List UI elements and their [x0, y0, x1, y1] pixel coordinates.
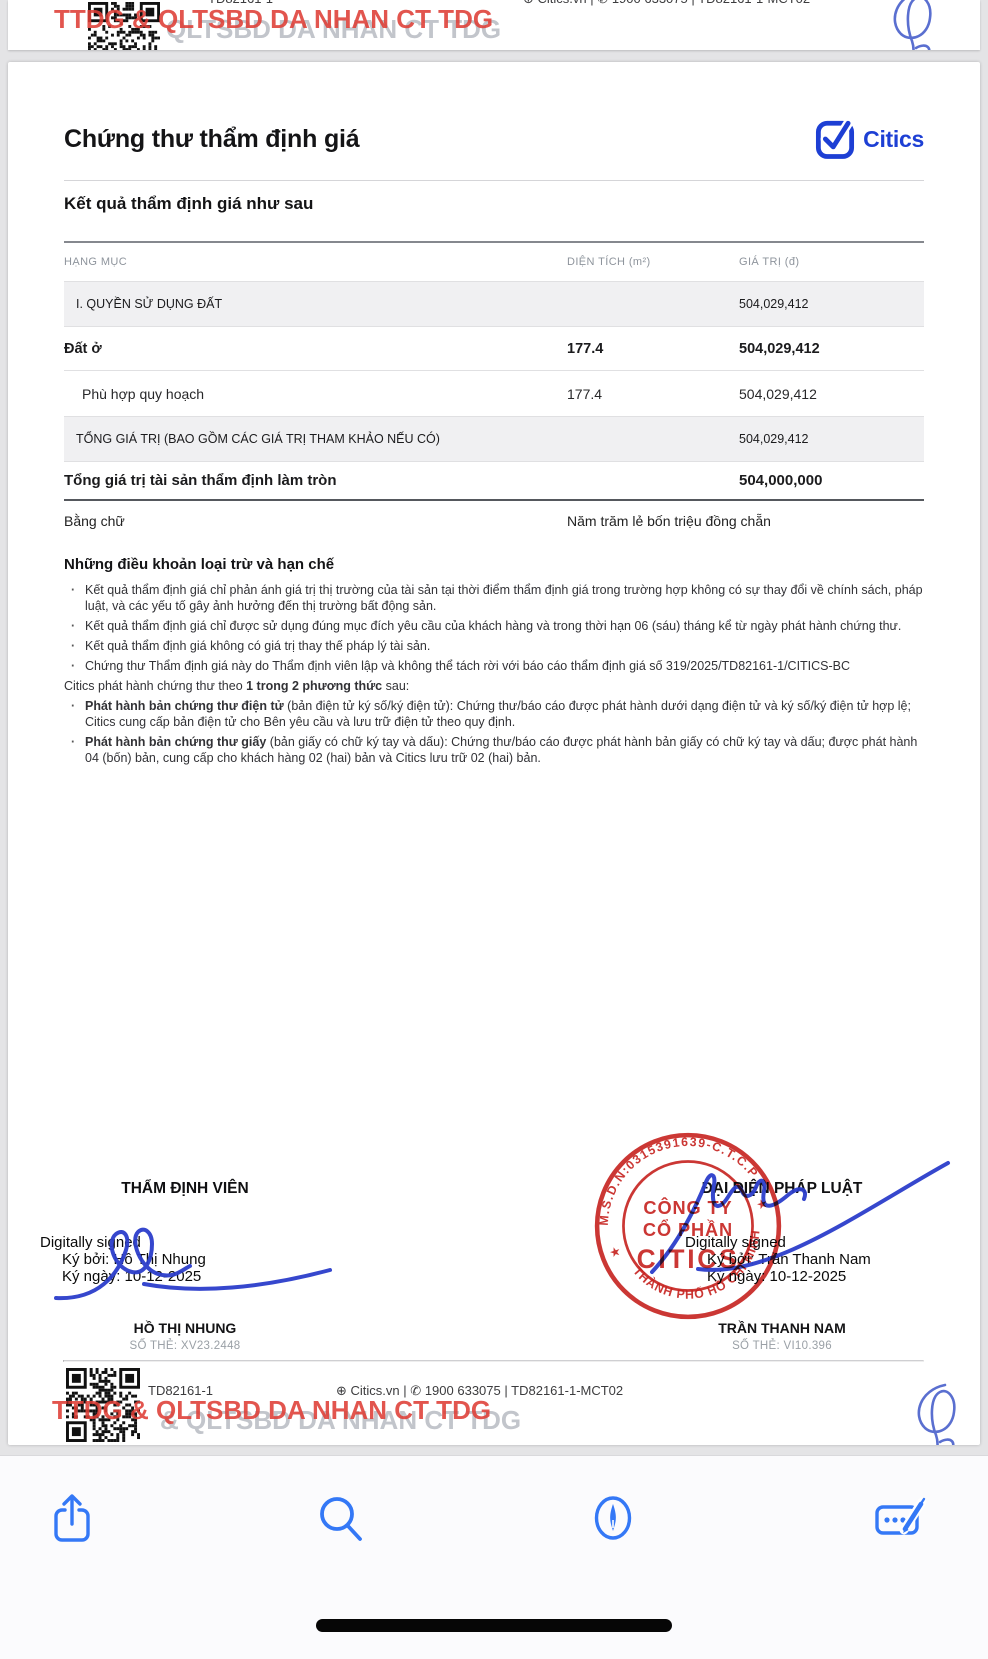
in-words-value: Năm trăm lẻ bốn triệu đồng chẵn — [567, 513, 926, 529]
terms-heading: Những điều khoản loại trừ và hạn chế — [64, 556, 924, 573]
pen-scribble — [876, 0, 946, 50]
table-header-row: HẠNG MỤC DIỆN TÍCH (m²) GIÁ TRỊ (đ) — [64, 243, 924, 281]
terms-item: Kết quả thẩm định giá không có giá trị t… — [64, 638, 924, 654]
bottom-toolbar — [0, 1455, 988, 1659]
globe-icon: ⊕ — [523, 0, 534, 6]
signer-card-right: SỐ THẺ: VI10.396 — [702, 1340, 862, 1352]
terms-item: Kết quả thẩm định giá chỉ phản ánh giá t… — [64, 582, 924, 614]
terms-note: Citics phát hành chứng thư theo 1 trong … — [64, 678, 924, 694]
previous-page-partial[interactable]: TD82161-1 ⊕ Citics.vn | ✆ 1900 633075 | … — [8, 0, 980, 50]
signer-name-left: HỒ THỊ NHUNG — [105, 1320, 265, 1336]
table-row: TỔNG GIÁ TRỊ (BAO GỒM CÁC GIÁ TRỊ THAM K… — [64, 416, 924, 461]
markup-button[interactable] — [871, 1489, 929, 1547]
stamp-center-line3: CITICS — [637, 1244, 740, 1274]
share-button[interactable] — [43, 1489, 101, 1547]
stamp-star-right: ★ — [754, 1195, 769, 1213]
terms-section: Những điều khoản loại trừ và hạn chế Kết… — [64, 556, 924, 766]
in-words-label: Bằng chữ — [64, 513, 567, 529]
stamp-star-left: ★ — [607, 1243, 622, 1261]
terms-item: Phát hành bản chứng thư giấy (bản giấy c… — [64, 734, 924, 766]
search-button[interactable] — [311, 1489, 369, 1547]
terms-item: Chứng thư Thẩm định giá này do Thẩm định… — [64, 658, 924, 674]
table-row: Đất ở 177.4 504,029,412 — [64, 326, 924, 370]
markup-icon — [871, 1490, 929, 1546]
pen-scribble — [900, 1380, 970, 1445]
signer-role-left: THẨM ĐỊNH VIÊN — [110, 1180, 260, 1198]
page-title: Chứng thư thẩm định giá — [64, 125, 359, 154]
terms-item: Kết quả thẩm định giá chỉ được sử dụng đ… — [64, 618, 924, 634]
citics-check-icon — [814, 116, 856, 162]
document-page[interactable]: Chứng thư thẩm định giá Citics Kết quả t… — [8, 62, 980, 1445]
pdf-viewer-screen: TD82161-1 ⊕ Citics.vn | ✆ 1900 633075 | … — [0, 0, 988, 1659]
divider — [64, 180, 924, 181]
watermark-red: TTDG & QLTSBD DA NHAN CT TDG — [52, 1395, 491, 1426]
watermark-red: TTDG & QLTSBD DA NHAN CT TDG — [54, 4, 493, 35]
table-row-total: Tổng giá trị tài sản thẩm định làm tròn … — [64, 461, 924, 501]
valuation-table: HẠNG MỤC DIỆN TÍCH (m²) GIÁ TRỊ (đ) I. Q… — [64, 241, 924, 501]
signer-card-left: SỐ THẺ: XV23.2448 — [105, 1340, 265, 1352]
home-indicator[interactable] — [316, 1619, 672, 1632]
terms-item: Phát hành bản chứng thư điện tử (bản điệ… — [64, 698, 924, 730]
phone-icon: ✆ — [597, 0, 608, 6]
draw-button[interactable] — [584, 1489, 642, 1547]
footer-divider — [63, 1360, 924, 1362]
citics-logo: Citics — [814, 116, 924, 162]
pen-circle-icon — [585, 1490, 641, 1546]
brand-name: Citics — [863, 126, 924, 153]
signature-ink-left — [48, 1220, 338, 1308]
stamp-center-line2: CỔ PHẦN — [643, 1219, 733, 1240]
stamp-center-line1: CÔNG TY — [643, 1197, 732, 1218]
table-row: Phù hợp quy hoạch 177.4 504,029,412 — [64, 370, 924, 416]
amount-in-words: Bằng chữ Năm trăm lẻ bốn triệu đồng chẵn — [64, 513, 924, 529]
table-row: I. QUYỀN SỬ DỤNG ĐẤT 504,029,412 — [64, 281, 924, 326]
search-icon — [312, 1490, 368, 1546]
section-heading: Kết quả thẩm định giá như sau — [64, 194, 924, 214]
footer-contact-line: ⊕ Citics.vn | ✆ 1900 633075 | TD82161-1-… — [523, 0, 810, 7]
share-icon — [44, 1490, 100, 1546]
company-stamp: M.S.D.N:0315391639-C.T.C.P THÀNH PHỐ HỒ … — [588, 1126, 788, 1326]
